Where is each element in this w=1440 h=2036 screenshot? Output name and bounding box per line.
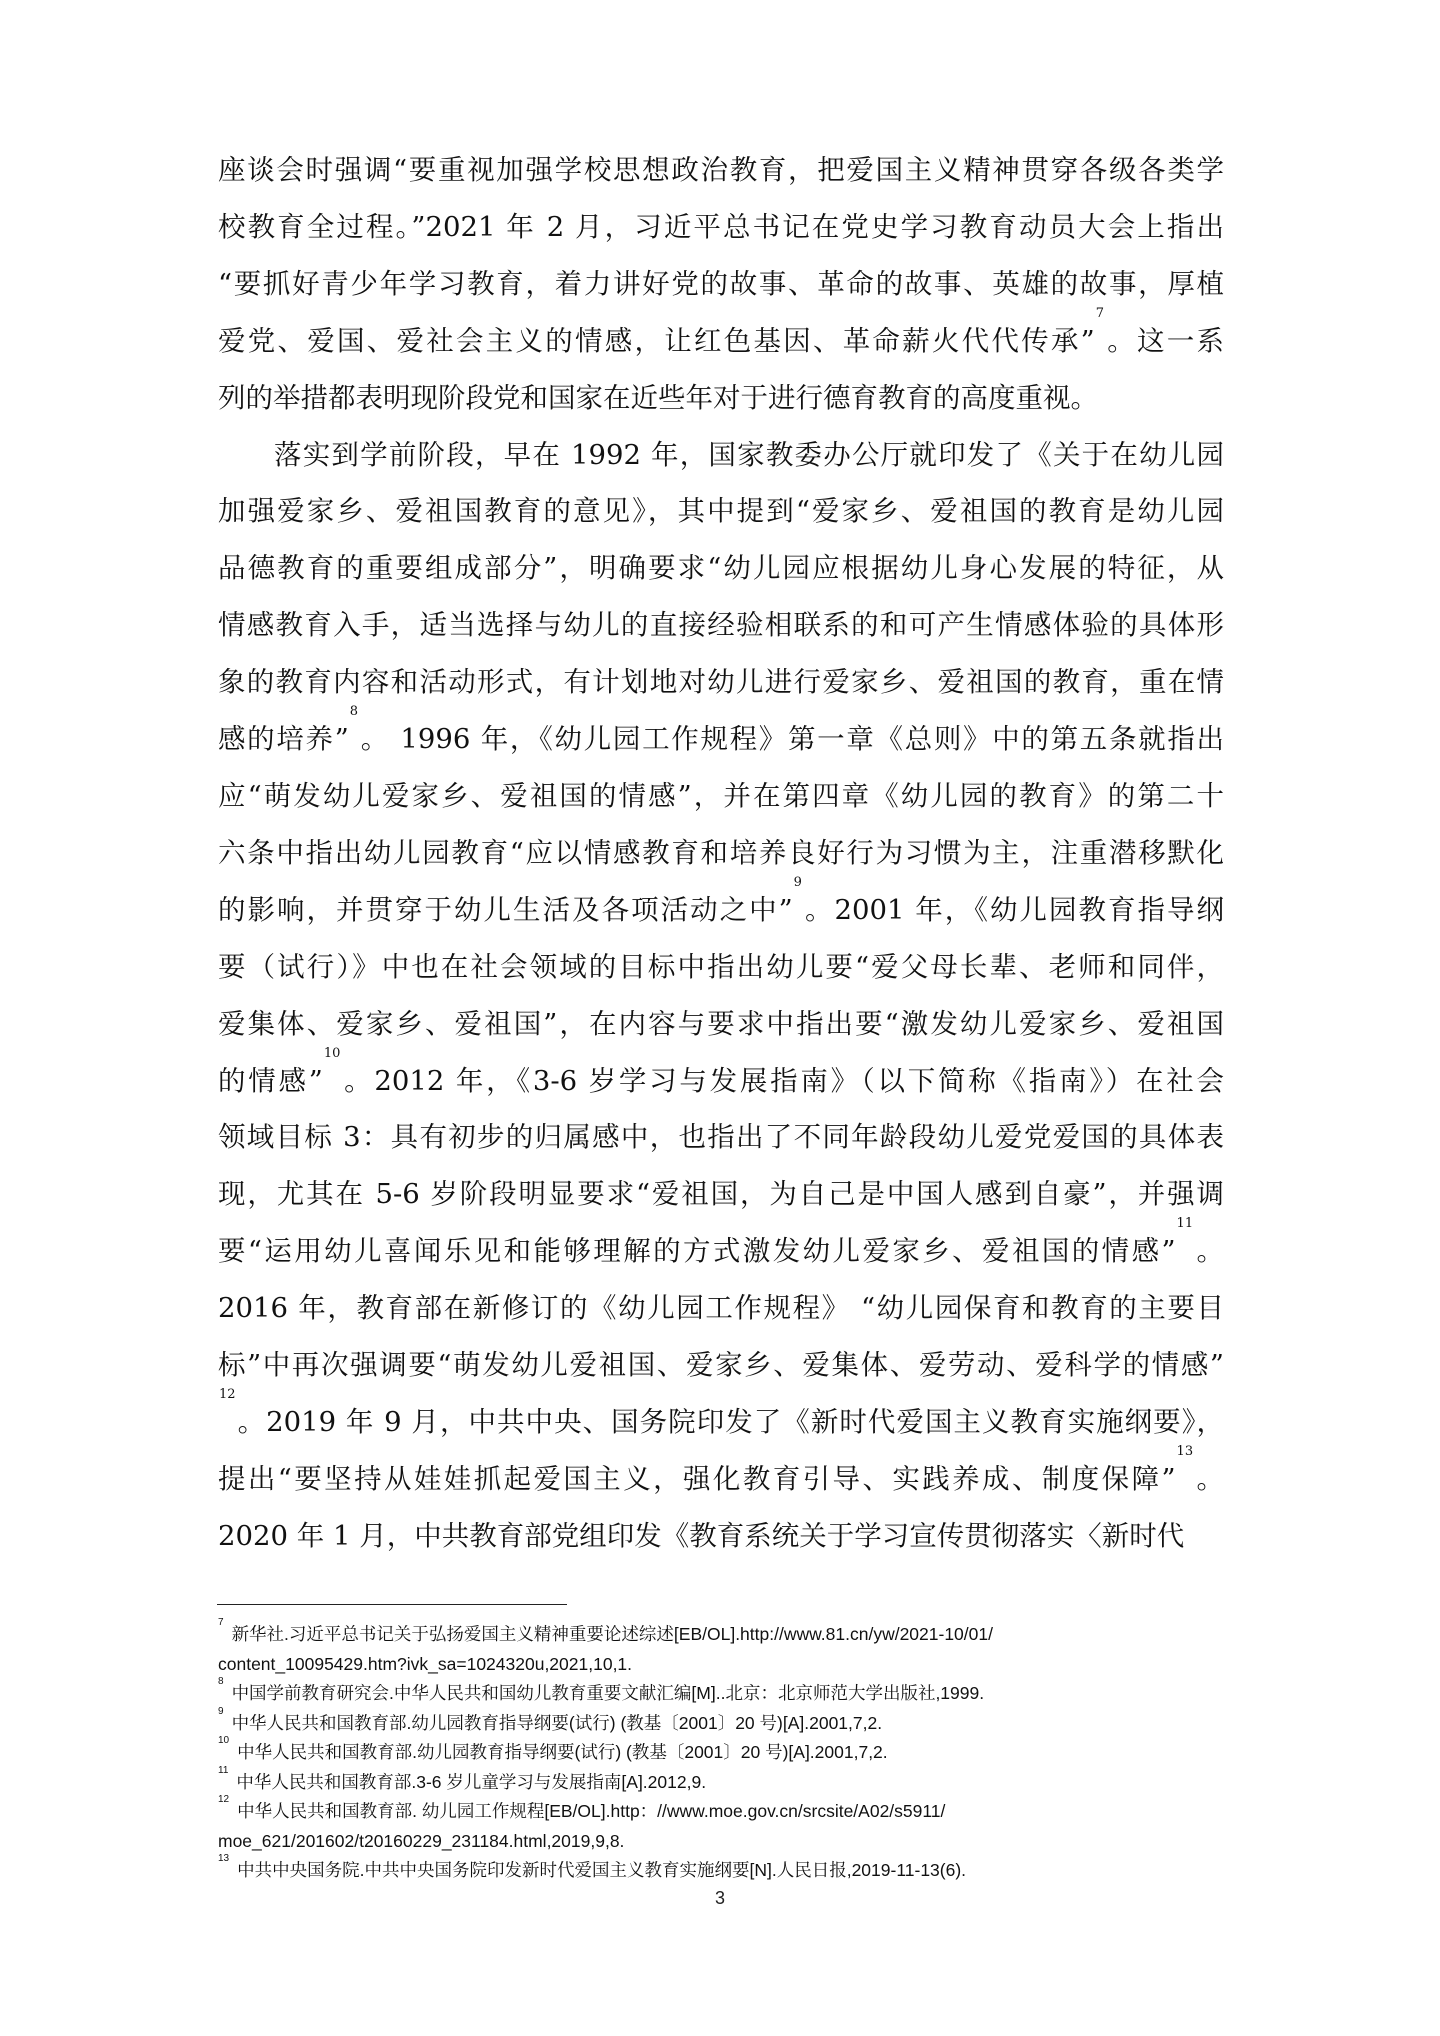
footnote-item: 13中共中央国务院.中共中央国务院印发新时代爱国主义教育实施纲要[N].人民日报… <box>218 1856 1228 1886</box>
footnote-item: 9中华人民共和国教育部.幼儿园教育指导纲要(试行) (教基〔2001〕20 号)… <box>218 1709 1228 1739</box>
text-line: 感的培养”8。 1996 年，《幼儿园工作规程》第一章《总则》中的第五条就指出 <box>218 711 1224 768</box>
footnote-text: content_10095429.htm?ivk_sa=1024320u,202… <box>218 1654 632 1674</box>
footnote-number: 7 <box>218 1617 224 1628</box>
footnote-number: 12 <box>218 1794 229 1805</box>
text-line: 现，尤其在 5-6 岁阶段明显要求“爱祖国，为自己是中国人感到自豪”，并强调 <box>218 1166 1224 1223</box>
footnote-text: 中国学前教育研究会.中华人民共和国幼儿教育重要文献汇编[M]..北京：北京师范大… <box>232 1683 985 1703</box>
footnote-ref[interactable]: 13 <box>1177 1444 1194 1459</box>
text-line: 品德教育的重要组成部分”，明确要求“幼儿园应根据幼儿身心发展的特征，从 <box>218 540 1224 597</box>
text-line: 要“运用幼儿喜闻乐见和能够理解的方式激发幼儿爱家乡、爱祖国的情感”11。 <box>218 1223 1224 1280</box>
text-line: 加强爱家乡、爱祖国教育的意见》，其中提到“爱家乡、爱祖国的教育是幼儿园 <box>218 483 1224 540</box>
paragraph: 落实到学前阶段，早在 1992 年，国家教委办公厅就印发了《关于在幼儿园加强爱家… <box>218 427 1224 1565</box>
page-number: 3 <box>0 1888 1440 1909</box>
footnote-ref[interactable]: 12 <box>219 1387 236 1402</box>
footnote-line: content_10095429.htm?ivk_sa=1024320u,202… <box>218 1650 1228 1680</box>
paragraph: 座谈会时强调“要重视加强学校思想政治教育，把爱国主义精神贯穿各级各类学校教育全过… <box>218 142 1224 427</box>
footnote-text: 中共中央国务院.中共中央国务院印发新时代爱国主义教育实施纲要[N].人民日报,2… <box>237 1860 966 1880</box>
text-line: 提出“要坚持从娃娃抓起爱国主义，强化教育引导、实践养成、制度保障”13。 <box>218 1451 1224 1508</box>
text-line: 2020 年 1 月，中共教育部党组印发《教育系统关于学习宣传贯彻落实〈新时代 <box>218 1508 1224 1565</box>
footnote-ref[interactable]: 9 <box>794 875 802 890</box>
footnote-number: 8 <box>218 1676 224 1687</box>
footnotes: 7新华社.习近平总书记关于弘扬爱国主义精神重要论述综述[EB/OL].http:… <box>218 1620 1228 1886</box>
footnote-text: 中华人民共和国教育部.幼儿园教育指导纲要(试行) (教基〔2001〕20 号)[… <box>232 1713 883 1733</box>
footnote-text: 中华人民共和国教育部. 幼儿园工作规程[EB/OL].http：//www.mo… <box>237 1801 945 1821</box>
text-line: 领域目标 3：具有初步的归属感中，也指出了不同年龄段幼儿爱党爱国的具体表 <box>218 1109 1224 1166</box>
text-line: 落实到学前阶段，早在 1992 年，国家教委办公厅就印发了《关于在幼儿园 <box>218 427 1224 484</box>
text-line: “要抓好青少年学习教育，着力讲好党的故事、革命的故事、英雄的故事，厚植 <box>218 256 1224 313</box>
footnote-ref[interactable]: 7 <box>1096 306 1104 321</box>
text-line: 标”中再次强调要“萌发幼儿爱祖国、爱家乡、爱集体、爱劳动、爱科学的情感” <box>218 1337 1224 1394</box>
footnote-text: 中华人民共和国教育部.3-6 岁儿童学习与发展指南[A].2012,9. <box>236 1772 706 1792</box>
footnote-text: 中华人民共和国教育部.幼儿园教育指导纲要(试行) (教基〔2001〕20 号)[… <box>237 1742 888 1762</box>
text-line: 的影响，并贯穿于幼儿生活及各项活动之中”9。2001 年，《幼儿园教育指导纲 <box>218 882 1224 939</box>
text-line: 六条中指出幼儿园教育“应以情感教育和培养良好行为习惯为主，注重潜移默化 <box>218 825 1224 882</box>
footnote-ref[interactable]: 10 <box>324 1046 341 1061</box>
footnote-separator <box>217 1604 567 1605</box>
footnote-number: 9 <box>218 1706 224 1717</box>
footnote-line: moe_621/201602/t20160229_231184.html,201… <box>218 1827 1228 1857</box>
footnote-line: 12中华人民共和国教育部. 幼儿园工作规程[EB/OL].http：//www.… <box>218 1797 1228 1827</box>
footnote-line: 8中国学前教育研究会.中华人民共和国幼儿教育重要文献汇编[M]..北京：北京师范… <box>218 1679 1228 1709</box>
footnote-item: 10中华人民共和国教育部.幼儿园教育指导纲要(试行) (教基〔2001〕20 号… <box>218 1738 1228 1768</box>
text-line: 座谈会时强调“要重视加强学校思想政治教育，把爱国主义精神贯穿各级各类学 <box>218 142 1224 199</box>
body-text: 座谈会时强调“要重视加强学校思想政治教育，把爱国主义精神贯穿各级各类学校教育全过… <box>218 142 1224 1565</box>
footnote-line: 13中共中央国务院.中共中央国务院印发新时代爱国主义教育实施纲要[N].人民日报… <box>218 1856 1228 1886</box>
text-line: 12。2019 年 9 月，中共中央、国务院印发了《新时代爱国主义教育实施纲要》… <box>218 1394 1224 1451</box>
footnote-text: moe_621/201602/t20160229_231184.html,201… <box>218 1831 624 1851</box>
footnote-number: 11 <box>218 1765 228 1776</box>
text-line: 爱集体、爱家乡、爱祖国”，在内容与要求中指出要“激发幼儿爱家乡、爱祖国 <box>218 996 1224 1053</box>
text-line: 要（试行）》中也在社会领域的目标中指出幼儿要“爱父母长辈、老师和同伴， <box>218 939 1224 996</box>
text-line: 爱党、爱国、爱社会主义的情感，让红色基因、革命薪火代代传承”7。这一系 <box>218 313 1224 370</box>
text-line: 校教育全过程。”2021 年 2 月，习近平总书记在党史学习教育动员大会上指出 <box>218 199 1224 256</box>
text-line: 应“萌发幼儿爱家乡、爱祖国的情感”，并在第四章《幼儿园的教育》的第二十 <box>218 768 1224 825</box>
footnote-item: 12中华人民共和国教育部. 幼儿园工作规程[EB/OL].http：//www.… <box>218 1797 1228 1856</box>
footnote-line: 10中华人民共和国教育部.幼儿园教育指导纲要(试行) (教基〔2001〕20 号… <box>218 1738 1228 1768</box>
footnote-line: 9中华人民共和国教育部.幼儿园教育指导纲要(试行) (教基〔2001〕20 号)… <box>218 1709 1228 1739</box>
text-line: 2016 年，教育部在新修订的《幼儿园工作规程》 “幼儿园保育和教育的主要目 <box>218 1280 1224 1337</box>
footnote-line: 7新华社.习近平总书记关于弘扬爱国主义精神重要论述综述[EB/OL].http:… <box>218 1620 1228 1650</box>
footnote-number: 10 <box>218 1735 229 1746</box>
footnote-line: 11中华人民共和国教育部.3-6 岁儿童学习与发展指南[A].2012,9. <box>218 1768 1228 1798</box>
text-line: 象的教育内容和活动形式，有计划地对幼儿进行爱家乡、爱祖国的教育，重在情 <box>218 654 1224 711</box>
footnote-item: 7新华社.习近平总书记关于弘扬爱国主义精神重要论述综述[EB/OL].http:… <box>218 1620 1228 1679</box>
footnote-item: 8中国学前教育研究会.中华人民共和国幼儿教育重要文献汇编[M]..北京：北京师范… <box>218 1679 1228 1709</box>
text-line: 列的举措都表明现阶段党和国家在近些年对于进行德育教育的高度重视。 <box>218 370 1224 427</box>
text-line: 的情感”10。2012 年，《3-6 岁学习与发展指南》（以下简称《指南》）在社… <box>218 1053 1224 1110</box>
footnote-ref[interactable]: 8 <box>350 704 358 719</box>
footnote-text: 新华社.习近平总书记关于弘扬爱国主义精神重要论述综述[EB/OL].http:/… <box>232 1624 993 1644</box>
footnote-ref[interactable]: 11 <box>1177 1216 1194 1231</box>
document-page: 座谈会时强调“要重视加强学校思想政治教育，把爱国主义精神贯穿各级各类学校教育全过… <box>0 0 1440 2036</box>
footnote-item: 11中华人民共和国教育部.3-6 岁儿童学习与发展指南[A].2012,9. <box>218 1768 1228 1798</box>
footnote-number: 13 <box>218 1853 229 1864</box>
text-line: 情感教育入手，适当选择与幼儿的直接经验相联系的和可产生情感体验的具体形 <box>218 597 1224 654</box>
